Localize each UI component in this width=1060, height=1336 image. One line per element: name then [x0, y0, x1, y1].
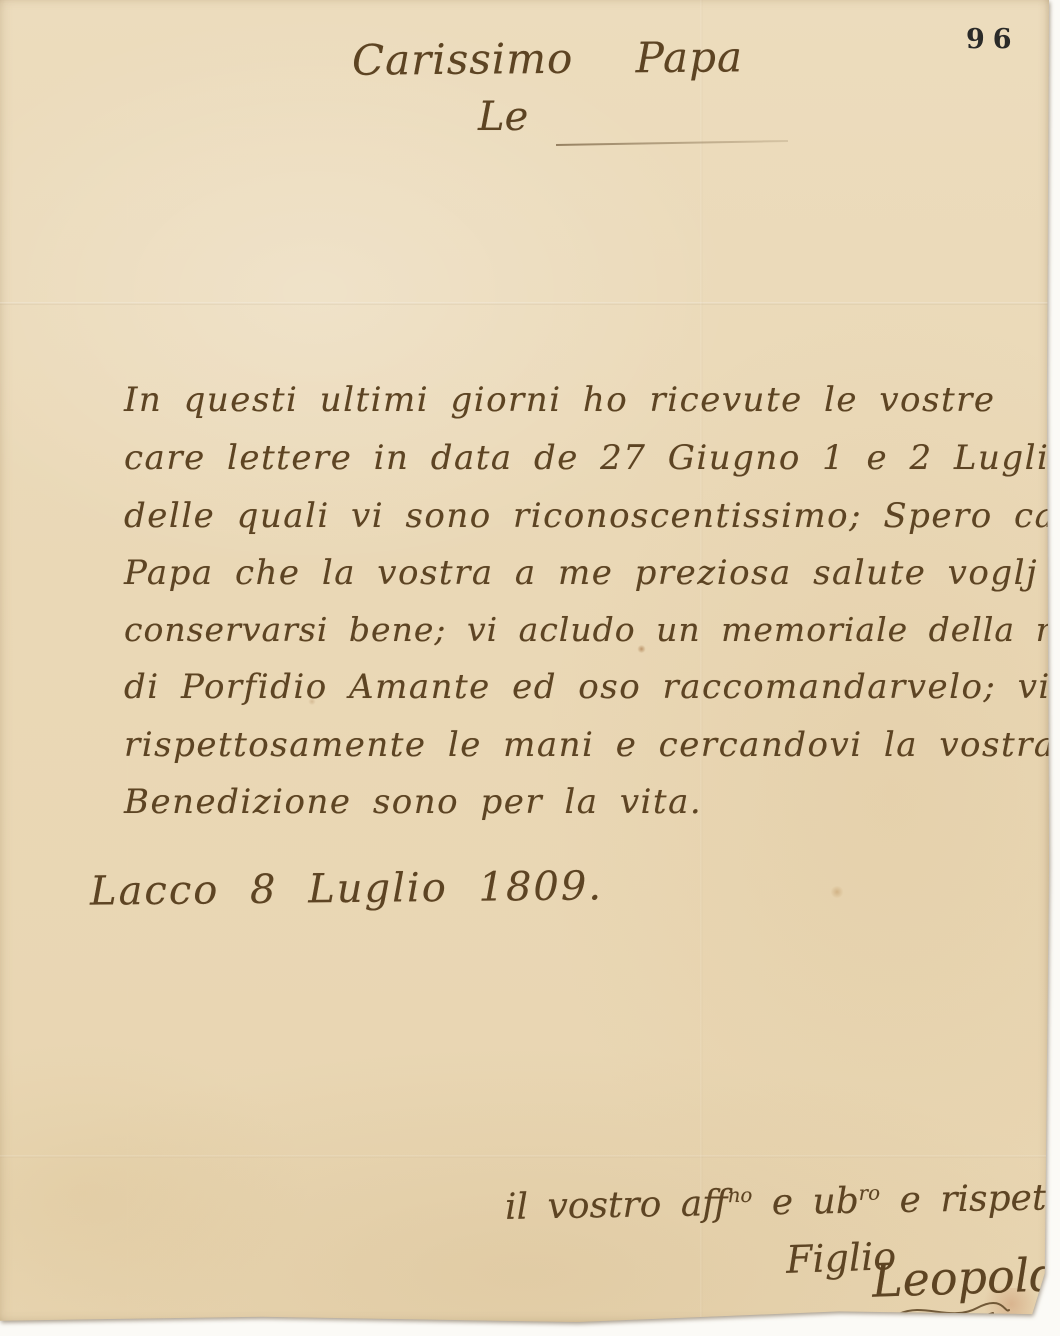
abbreviation-superscript: ro — [1046, 1178, 1060, 1201]
body-line-text: rispettosamente le mani e cercandovi la … — [124, 725, 1060, 765]
salutation-line: Carissimo Papa — [352, 32, 743, 84]
paper-sheet: 96 Carissimo Papa Le In questi ultimi gi… — [0, 0, 1049, 1326]
body-line: rispettosamente le mani e cercandovi la … — [124, 725, 1060, 765]
pen-flourish-stroke — [556, 140, 788, 146]
horizontal-fold-crease — [0, 302, 1049, 305]
body-line: conservarsi bene; vi acludo un memoriale… — [124, 610, 1060, 649]
body-line: Benedizione sono per la vita. — [124, 782, 702, 822]
horizontal-fold-crease — [0, 1155, 1049, 1158]
opening-flourish-text: Le — [478, 94, 528, 140]
closing-line: il vostro affno e ubro e rispetro — [505, 1177, 1060, 1228]
signature-paraph-flourish — [893, 1300, 1013, 1324]
paper-sheet-wrapper: 96 Carissimo Papa Le In questi ultimi gi… — [0, 0, 1049, 1326]
letter-body: In questi ultimi giorni ho ricevute le v… — [124, 380, 1054, 850]
body-line: delle quali vi sono riconoscentissimo; S… — [124, 496, 1060, 536]
page-number-stamp: 96 — [966, 24, 1020, 55]
closing-text: il vostro aff — [505, 1183, 728, 1228]
letter-scan: 96 Carissimo Papa Le In questi ultimi gi… — [0, 0, 1060, 1336]
abbreviation-superscript: ro — [858, 1182, 880, 1205]
abbreviation-superscript: no — [727, 1184, 752, 1207]
closing-text: e ub — [752, 1181, 859, 1224]
signature-name: Leopoldo — [871, 1246, 1060, 1307]
body-line: Papa che la vostra a me preziosa salute … — [124, 553, 1038, 593]
body-line: In questi ultimi giorni ho ricevute le v… — [124, 380, 996, 420]
dateline: Lacco 8 Luglio 1809. — [90, 863, 603, 914]
closing-text: e rispet — [880, 1177, 1047, 1221]
paper-stain — [830, 886, 844, 898]
body-line: care lettere in data de 27 Giugno 1 e 2 … — [124, 438, 1060, 478]
body-line: di Porfidio Amante ed oso raccomandarvel… — [124, 667, 1060, 707]
